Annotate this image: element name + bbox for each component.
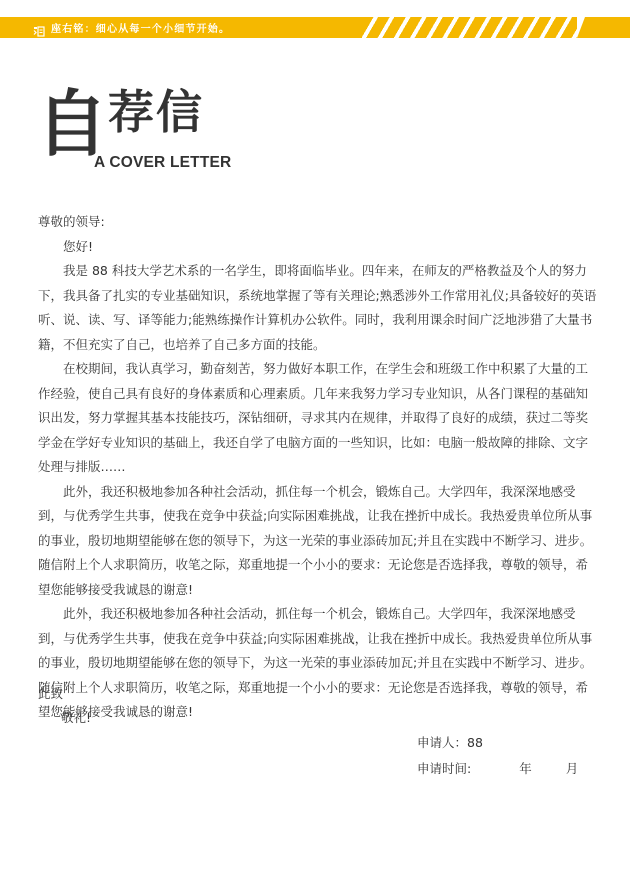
applicant-value: 88 — [467, 730, 483, 756]
paragraph-1: 我是 88 科技大学艺术系的一名学生，即将面临毕业。四年来，在师友的严格教益及个… — [38, 259, 598, 357]
title-big-char: 自 — [36, 84, 108, 164]
header-band-stripes — [362, 17, 577, 38]
paragraph-2: 在校期间，我认真学习，勤奋刻苦，努力做好本职工作，在学生会和班级工作中积累了大量… — [38, 357, 598, 480]
title-english: A COVER LETTER — [94, 154, 231, 172]
month-label: 月 — [566, 756, 579, 782]
title-rest-chars: 荐信 — [108, 84, 204, 140]
header-band-solid-right — [577, 17, 630, 38]
document-list-icon — [33, 22, 45, 33]
title-chinese: 自荐信 — [36, 84, 204, 164]
document-title: 自荐信 A COVER LETTER — [36, 88, 236, 178]
closing-line: 此致 — [38, 682, 91, 706]
applicant-label: 申请人： — [417, 730, 467, 756]
letter-closing: 此致 敬礼! — [38, 682, 91, 730]
date-row: 申请时间: 年 月 — [417, 756, 578, 782]
salutation: 尊敬的领导: — [38, 210, 598, 235]
paragraph-4: 此外，我还积极地参加各种社会活动，抓住每一个机会，锻炼自己。大学四年，我深深地感… — [38, 602, 598, 725]
applicant-row: 申请人： 88 — [417, 730, 578, 756]
letter-body: 尊敬的领导: 您好! 我是 88 科技大学艺术系的一名学生，即将面临毕业。四年来… — [38, 210, 598, 725]
date-label: 申请时间: — [417, 756, 471, 782]
year-label: 年 — [519, 756, 532, 782]
greeting: 您好! — [38, 235, 598, 260]
header-motto: 座右铭：细心从每一个小细节开始。 — [51, 20, 230, 35]
header-band: 座右铭：细心从每一个小细节开始。 — [0, 17, 630, 38]
paragraph-3: 此外，我还积极地参加各种社会活动，抓住每一个机会，锻炼自己。大学四年，我深深地感… — [38, 480, 598, 603]
regards: 敬礼! — [38, 706, 91, 730]
header-motto-row: 座右铭：细心从每一个小细节开始。 — [33, 17, 230, 38]
signature-block: 申请人： 88 申请时间: 年 月 — [417, 730, 578, 782]
